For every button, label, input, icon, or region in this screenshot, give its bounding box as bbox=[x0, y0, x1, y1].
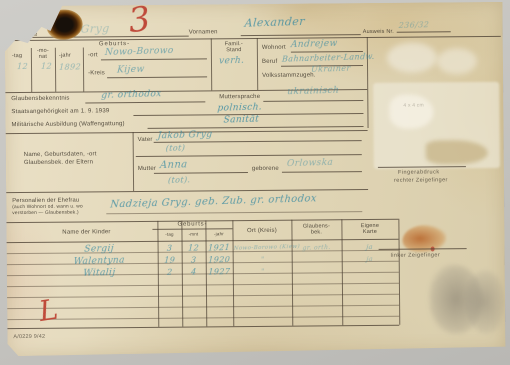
children-karte-header: Eigene Karte bbox=[341, 223, 398, 235]
scanned-registration-card: Name Gryg 3 Vornamen Alexander Ausweis N… bbox=[0, 0, 510, 365]
child-name: Walentyna bbox=[46, 255, 152, 268]
geburtsjahr-value: 1892 bbox=[59, 62, 82, 72]
mutter-note: (tot). bbox=[168, 175, 191, 185]
geburtsmonat-value: 12 bbox=[41, 62, 53, 71]
red-crayon-letter: L bbox=[37, 293, 60, 328]
militaer-underline bbox=[148, 126, 364, 129]
child-jahr: 1921 bbox=[205, 243, 233, 253]
ausweis-nr-label: Ausweis Nr. bbox=[363, 29, 394, 35]
child-jahr: 1927 bbox=[205, 267, 233, 277]
table-row: Witalij 2 4 1927 " bbox=[4, 2, 502, 6]
birth-col-line-3 bbox=[83, 47, 84, 91]
wife-label-line2: (auch Wohnort od. wann u. wo bbox=[12, 205, 83, 211]
wohnort-value: Andrejew bbox=[290, 39, 337, 50]
children-ort-header: Ort (Kreis) bbox=[232, 228, 291, 235]
glue-patch bbox=[387, 42, 437, 72]
table-bottom-rule bbox=[7, 325, 399, 329]
child-tag: 19 bbox=[157, 255, 182, 265]
beruf-label: Beruf bbox=[262, 59, 277, 65]
table-row-line-6 bbox=[7, 305, 399, 309]
geborene-label: geborene bbox=[252, 166, 279, 172]
vornamen-value-handwriting: Alexander bbox=[244, 15, 305, 30]
divider-parents bbox=[133, 132, 135, 191]
parents-label-line1: Name, Geburtsdaten, -ort bbox=[24, 151, 97, 158]
card-paper: Name Gryg 3 Vornamen Alexander Ausweis N… bbox=[4, 2, 505, 356]
table-row-line-4 bbox=[7, 283, 399, 287]
child-jahr: 1920 bbox=[205, 255, 233, 265]
child-ort-ditto: " bbox=[234, 267, 293, 277]
ausweis-nr-value-handwriting: 236/32 bbox=[398, 20, 429, 30]
child-tag: 3 bbox=[157, 243, 182, 253]
familienstand-value: verh. bbox=[219, 56, 245, 67]
glue-patch bbox=[389, 94, 433, 128]
table-row: Sergij 3 12 1921 Nowo-Borowo (Kiew) gr. … bbox=[4, 2, 502, 6]
vater-note: (tot) bbox=[165, 143, 185, 153]
children-tag-header: -tag bbox=[157, 232, 181, 237]
glaubensbekenntnis-label: Glaubensbekenntnis bbox=[11, 96, 69, 103]
tan-residue-blob bbox=[426, 140, 488, 165]
birth-col-line-2 bbox=[55, 48, 56, 92]
fingerprint-right-label-2: rechter Zeigefinger bbox=[394, 177, 448, 183]
wohnort-label: Wohnort bbox=[262, 45, 286, 51]
children-geburts-header: Geburts- bbox=[152, 221, 232, 228]
familienstand-label: Famil.- Stand bbox=[211, 41, 257, 53]
vater-value: Jakob Gryg bbox=[157, 130, 213, 142]
geburts-subheader-rule bbox=[152, 228, 232, 230]
mutter-underline bbox=[154, 172, 248, 174]
fingerprint-smudge bbox=[465, 270, 506, 334]
table-row-line-7 bbox=[7, 316, 399, 320]
burn-hole bbox=[47, 9, 83, 39]
mutter-value: Anna bbox=[159, 159, 187, 171]
beruf-value: Bahnarbeiter-Landw. bbox=[282, 52, 375, 64]
parents-middle-line bbox=[136, 154, 362, 157]
geborene-underline bbox=[282, 171, 362, 173]
mutter-label: Mutter bbox=[138, 166, 156, 172]
vornamen-label: Vornamen bbox=[189, 29, 218, 35]
wife-underline bbox=[106, 211, 362, 214]
muttersprache-underline bbox=[263, 100, 363, 102]
child-monat: 4 bbox=[181, 267, 206, 277]
geburtstag-label: -tag bbox=[12, 53, 22, 59]
kreis-underline bbox=[107, 76, 207, 78]
glauben-underline bbox=[85, 101, 205, 103]
child-tag: 2 bbox=[157, 267, 182, 277]
child-name: Sergij bbox=[46, 243, 152, 256]
parents-label-line2: Glaubensbek. der Eltern bbox=[24, 159, 93, 166]
fingerprint-right-rule bbox=[378, 166, 466, 168]
child-name: Witalij bbox=[46, 267, 152, 280]
geburtsjahr-label: -jahr bbox=[59, 53, 71, 59]
staatsangehoerigkeit-label: Staatsangehörigkeit am 1. 9. 1939 bbox=[11, 108, 109, 115]
fingerprint-left-label: linker Zeigefinger bbox=[391, 252, 440, 258]
child-karte: ja bbox=[342, 242, 397, 252]
glauben-value: gr. orthodox bbox=[101, 89, 162, 101]
name-underline bbox=[23, 36, 189, 38]
geborene-value: Orlowska bbox=[287, 158, 334, 169]
child-karte: ja bbox=[342, 254, 397, 264]
children-name-header: Name der Kinder bbox=[26, 229, 146, 236]
children-monat-header: -mnt bbox=[181, 231, 205, 236]
fingerprint-smudge bbox=[429, 264, 484, 334]
geburtsort-underline bbox=[101, 58, 207, 60]
glue-patch bbox=[437, 48, 477, 74]
children-jahr-header: -jahr bbox=[205, 231, 232, 236]
divider-famstand-right bbox=[257, 38, 258, 90]
kreis-label: -Kreis bbox=[88, 70, 105, 76]
child-glauben: gr. orth. bbox=[292, 244, 341, 252]
ausweis-underline bbox=[397, 31, 451, 32]
geburtstag-value: 12 bbox=[17, 62, 29, 71]
staat-value: polnisch. bbox=[217, 102, 262, 113]
militaer-value: Sanität bbox=[223, 115, 259, 126]
muttersprache-value: ukrainisch bbox=[287, 86, 340, 98]
volksstamm-value: Ukrainer bbox=[311, 64, 351, 74]
militaer-label: Militärische Ausbildung (Waffengattung) bbox=[11, 121, 124, 128]
kreis-value: Kijew bbox=[117, 65, 145, 76]
photo-size-note: 4 x 4 cm bbox=[403, 103, 424, 109]
child-ort-ditto: " bbox=[233, 255, 292, 265]
form-number: A/0229 9/42 bbox=[13, 334, 45, 340]
geburtsmonat-label: -mo- nat bbox=[33, 49, 53, 60]
divider-photo-column bbox=[367, 37, 369, 128]
geburtsort-value: Nowo-Borowo bbox=[105, 46, 174, 58]
fingerprint-left-rule bbox=[379, 248, 467, 250]
volksstamm-label: Volksstammzugeh. bbox=[262, 72, 316, 78]
muttersprache-label: Muttersprache bbox=[219, 94, 260, 100]
fingerprint-right-label-1: Fingerabdruck bbox=[398, 169, 440, 175]
photo-residue-area bbox=[373, 82, 500, 169]
child-monat: 3 bbox=[181, 255, 206, 265]
child-monat: 12 bbox=[181, 243, 206, 253]
children-glauben-header: Glaubens- bek. bbox=[291, 223, 341, 235]
table-row: Walentyna 19 3 1920 " ja bbox=[4, 2, 502, 6]
wife-label-line1: Personalien der Ehefrau bbox=[12, 198, 79, 205]
wife-value: Nadzieja Gryg. geb. Zub. gr. orthodox bbox=[110, 193, 317, 210]
name-value-handwriting: Gryg bbox=[80, 22, 110, 36]
table-row-line-5 bbox=[7, 294, 399, 298]
vater-label: Vater bbox=[138, 137, 153, 143]
wife-label-line3: verstorben — Glaubensbek.) bbox=[12, 211, 79, 217]
vornamen-underline bbox=[241, 34, 361, 36]
table-col-line-right bbox=[398, 219, 400, 325]
geburtsort-label: -ort bbox=[88, 52, 98, 58]
